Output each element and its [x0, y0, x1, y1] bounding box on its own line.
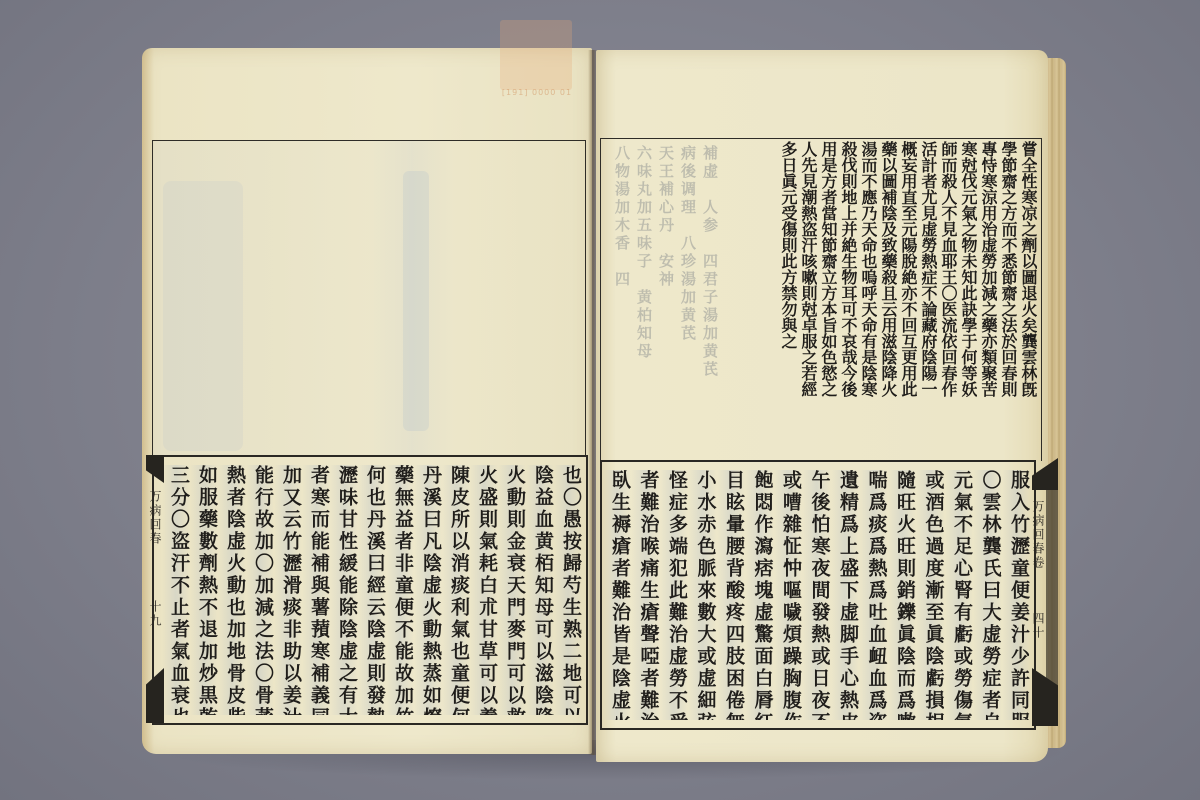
text-column: 人先見潮熱盗汗咳嗽則尅卓服之若經: [797, 141, 817, 457]
right-lower-text-block: 服入竹瀝童便姜汁少許同服 〇雲林龔氏曰大虚勞症者自因 元氣不足心腎有虧或勞傷氣血…: [600, 460, 1036, 730]
library-seal-stamp: [500, 20, 572, 90]
text-column: 活計者尤見虚勞熱症不論藏府陰陽一: [917, 141, 937, 457]
text-column: 概妄用直至元陽脫絶亦不回互更用此: [897, 141, 917, 457]
text-column: 藥無益者非童便不能故加竹瀝: [386, 465, 414, 715]
bleed-column: 補虚 人参 四君子湯加黄芪: [697, 145, 719, 455]
text-column: 〇雲林龔氏曰大虚勞症者自因: [973, 470, 1002, 720]
text-column: 陳皮所以消痰利氣也童便何也: [442, 465, 470, 715]
text-column: 藥以圖補陰及致藥殺且云用滋陰降火: [877, 141, 897, 457]
text-column: 陰益血黄栢知母可以滋陰降火: [526, 465, 554, 715]
left-margin-title: 万病回春: [147, 490, 164, 580]
text-column: 怪症多端犯此難治虚勞不受補: [660, 470, 689, 720]
bleed-column: 八物湯加木香 四: [609, 145, 631, 455]
text-column: 喘爲痰爲熱爲吐血衄血爲盗汗: [859, 470, 888, 720]
right-upper-bleed-text: 補虚 人参 四君子湯加黄芪 病後调理 八珍湯加黄芪 天王補心丹 安神 六味丸加五…: [609, 145, 719, 455]
bleed-through-shadow: [403, 171, 429, 431]
text-column: 也〇愚按歸芍生熟二地可以滋: [554, 465, 582, 715]
text-column: 者難治喉痛生瘡聲啞者難治久: [631, 470, 660, 720]
bleed-column: 天王補心丹 安神: [653, 145, 675, 455]
right-lower-columns: 服入竹瀝童便姜汁少許同服 〇雲林龔氏曰大虚勞症者自因 元氣不足心腎有虧或勞傷氣血…: [603, 470, 1031, 720]
left-lower-text-block: 也〇愚按歸芍生熟二地可以滋 陰益血黄栢知母可以滋陰降火 火動則金衰天門麥門可以救…: [152, 455, 588, 725]
text-column: 如服藥數劑熱不退加炒黒乾姜: [190, 465, 218, 715]
text-column: 丹溪曰凡陰虚火動熱蒸如燎服: [414, 465, 442, 715]
left-margin-page-number: 十九: [147, 600, 164, 640]
left-lower-columns: 也〇愚按歸芍生熟二地可以滋 陰益血黄栢知母可以滋陰降火 火動則金衰天門麥門可以救…: [162, 465, 582, 715]
text-column: 加又云竹瀝滑痰非助以姜汁不: [274, 465, 302, 715]
right-upper-columns: 嘗全性寒凉之劑以圖退火矣龔雲林旣 學節齋之方而不悉節齋之法於回春則 專恃寒涼用治…: [777, 141, 1037, 457]
text-column: 者寒而能補與薯蕷寒補義同故: [302, 465, 330, 715]
text-column: 或酒色過度漸至眞陰虧損相火: [916, 470, 945, 720]
text-column: 能行故加〇加減之法〇骨蒸勞: [246, 465, 274, 715]
text-column: 火盛則氣耗白朮甘草可以養氣: [470, 465, 498, 715]
right-margin-page-number: 四十: [1030, 612, 1047, 652]
text-column: 小水赤色脈來數大或虚細弦急: [688, 470, 717, 720]
text-column: 三分〇盗汗不止者氣血衰也加: [162, 465, 190, 715]
text-column: 瀝味甘性緩能除陰虚之有大熱: [330, 465, 358, 715]
bleed-column: 六味丸加五味子 黄柏知母: [631, 145, 653, 455]
bleed-column: 病後调理 八珍湯加黄芪: [675, 145, 697, 455]
text-column: 寒尅伐元氣之物未知此訣學于何等妖: [957, 141, 977, 457]
text-column: 湯而不應乃天命也嗚呼天命有是陰寒: [857, 141, 877, 457]
text-column: 目眩暈腰背酸疼四肢困倦無力: [717, 470, 746, 720]
seal-label: [191] 0000 01: [492, 88, 582, 97]
text-column: 專恃寒涼用治虚勞加減之藥亦類聚苦: [977, 141, 997, 457]
text-column: 學節齋之方而不悉節齋之法於回春則: [997, 141, 1017, 457]
text-column: 熱者陰虚火動也加地骨皮柴胡: [218, 465, 246, 715]
text-column: 午後怕寒夜間發熱或日夜不退: [802, 470, 831, 720]
text-column: 元氣不足心腎有虧或勞傷氣血: [945, 470, 974, 720]
text-column: 臥生褥瘡者難治皆是陰虚火動: [603, 470, 632, 720]
text-column: 火動則金衰天門麥門可以救金: [498, 465, 526, 715]
text-column: 飽悶作瀉痞塊虚驚面白脣紅頭: [745, 470, 774, 720]
right-upper-block: 補虚 人参 四君子湯加黄芪 病後调理 八珍湯加黄芪 天王補心丹 安神 六味丸加五…: [600, 138, 1042, 461]
text-column: 何也丹溪曰經云陰虚則發熱竹: [358, 465, 386, 715]
text-column: 師而殺人不見血耶王〇医流依回春作: [937, 141, 957, 457]
text-column: 殺伐則地上并絶生物耳可不哀哉今後: [837, 141, 857, 457]
text-column: 遺精爲上盛下虚脚手心熱皮焦: [831, 470, 860, 720]
text-column: 或嘈雜怔忡嘔噦煩躁胸腹作痛: [774, 470, 803, 720]
text-column: 多日眞元受傷則此方禁勿與之: [777, 141, 797, 457]
left-upper-block: [152, 140, 586, 456]
text-column: 隨旺火旺則銷鑠眞陰而爲嗽爲: [888, 470, 917, 720]
text-column: 嘗全性寒凉之劑以圖退火矣龔雲林旣: [1017, 141, 1037, 457]
right-margin-title: 万病回春卷: [1030, 500, 1047, 590]
bleed-through-shadow: [163, 181, 243, 451]
text-column: 用是方者當知節齋立方本旨如色慾之: [817, 141, 837, 457]
text-column: 服入竹瀝童便姜汁少許同服: [1002, 470, 1031, 720]
